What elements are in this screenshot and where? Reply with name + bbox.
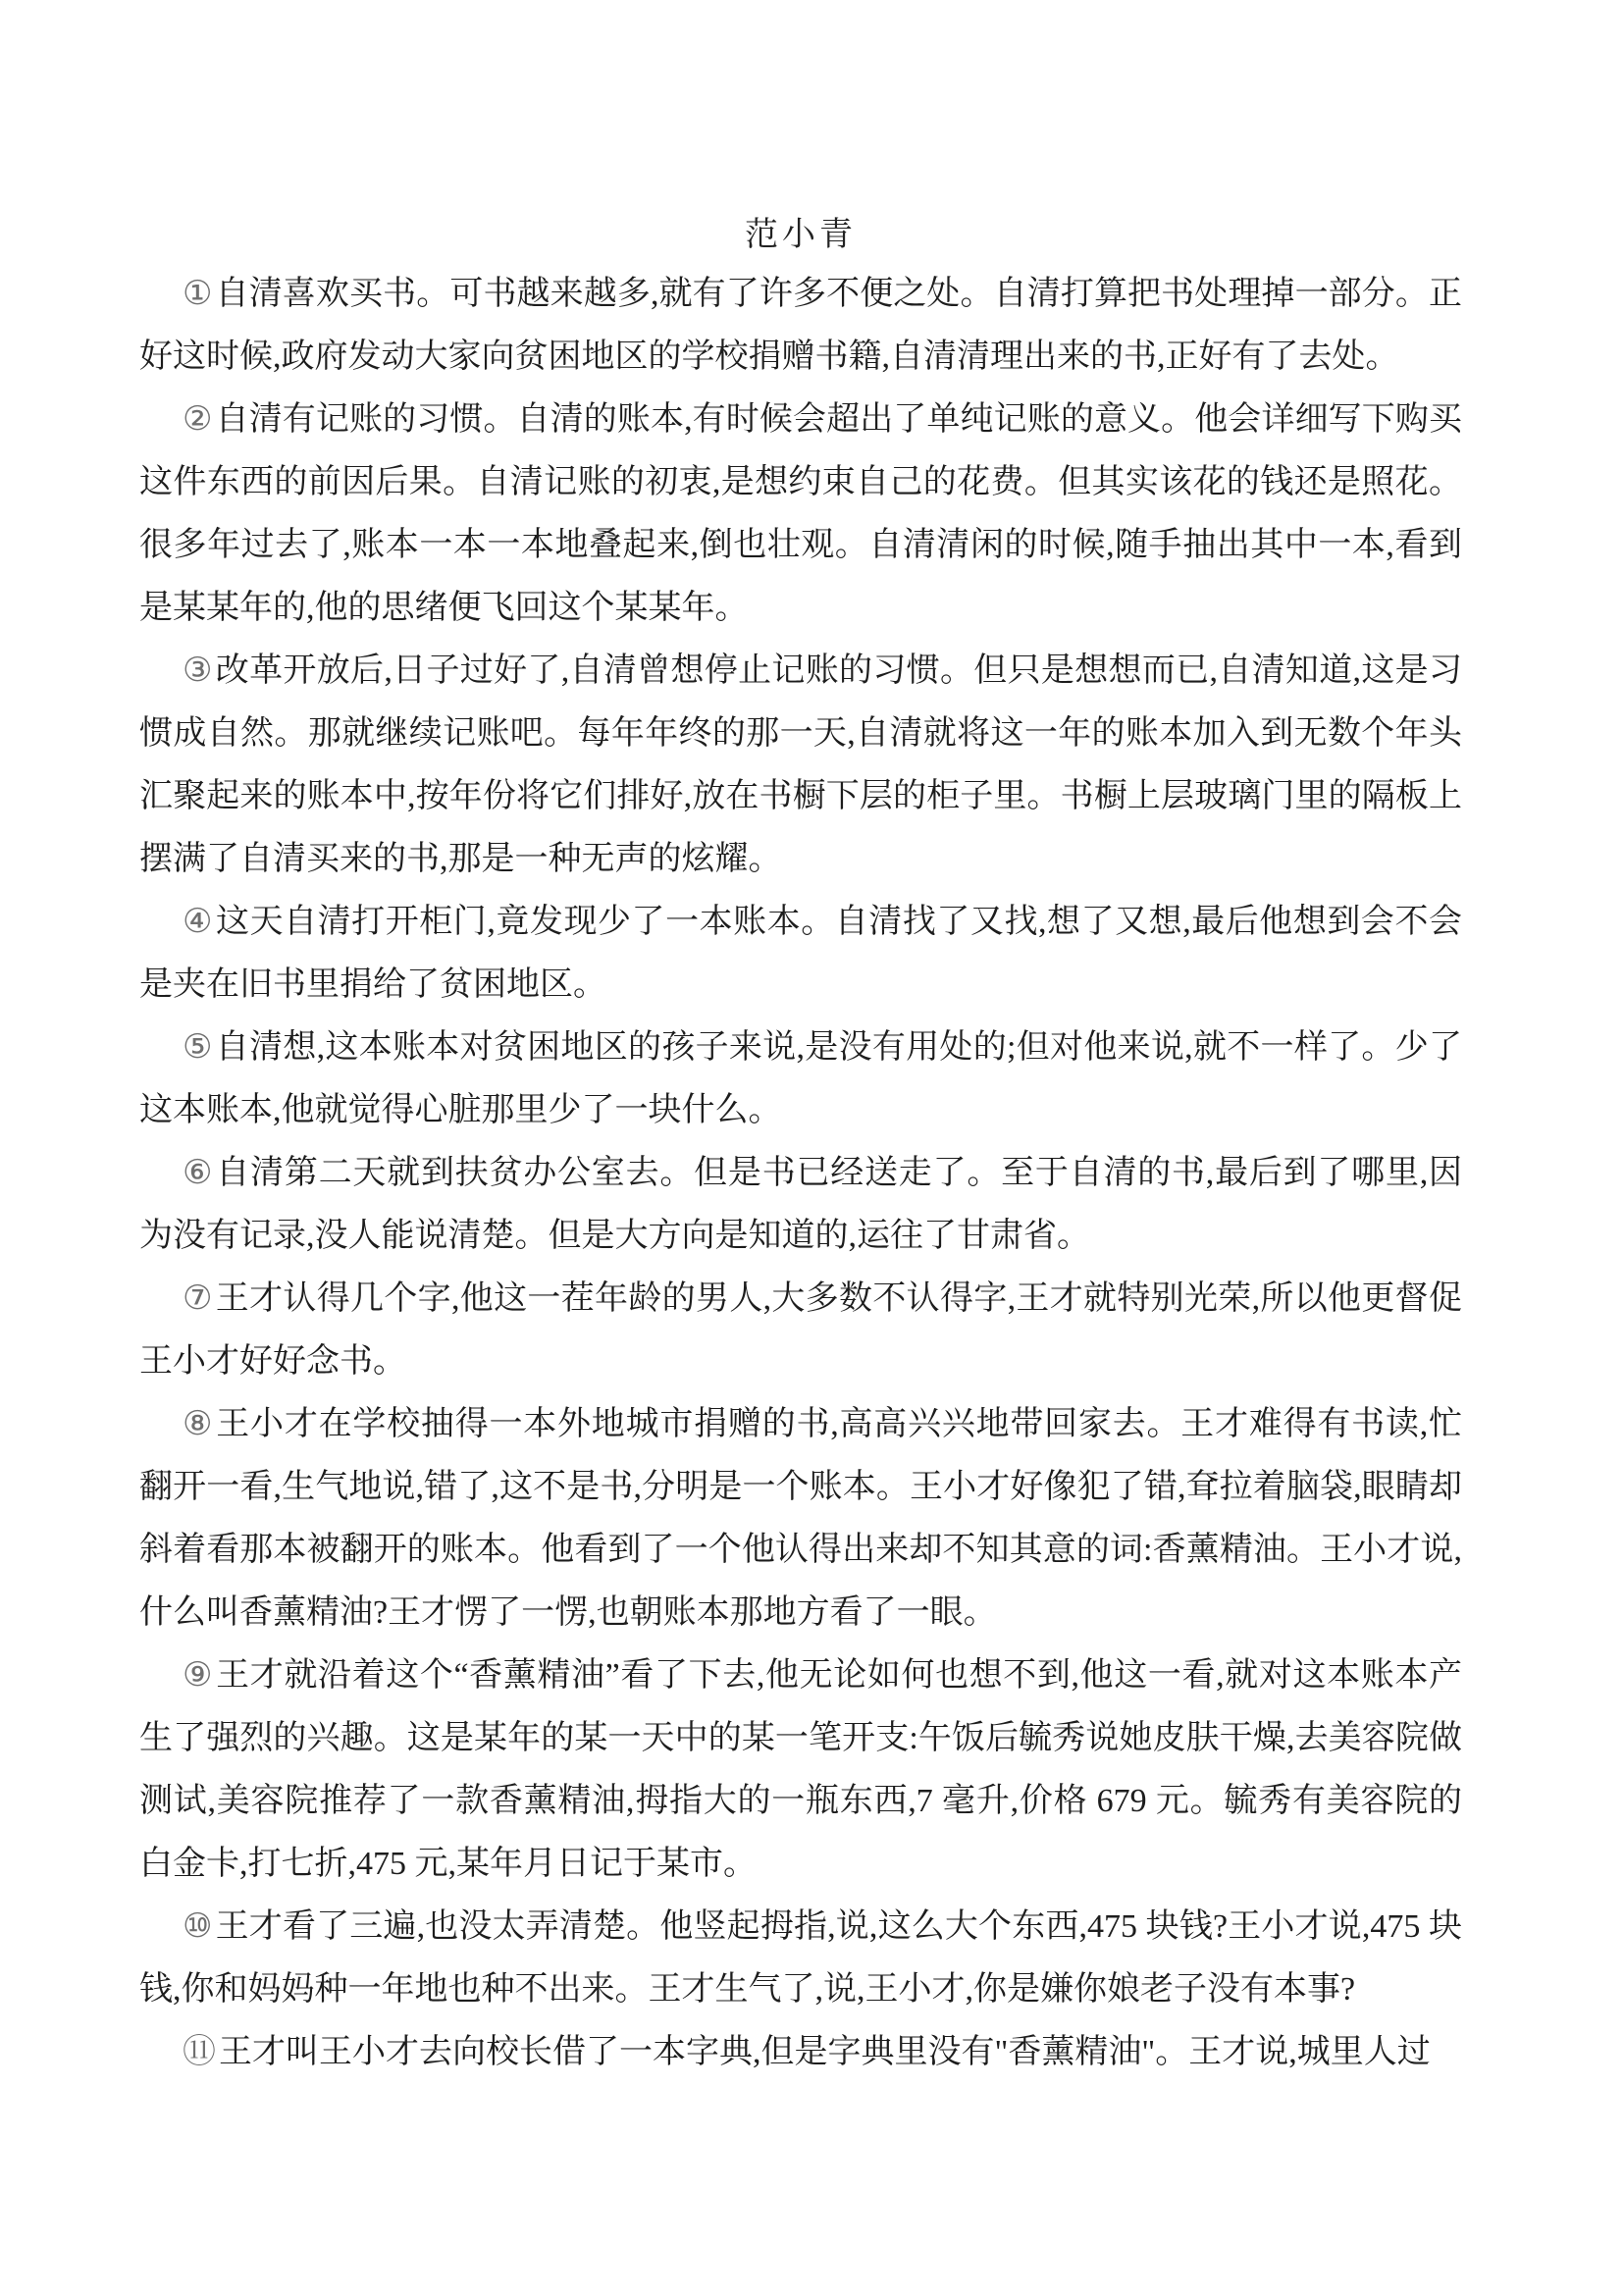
paragraph-number: ④: [183, 904, 213, 940]
paragraph-text: 自清有记账的习惯。自清的账本,有时候会超出了单纯记账的意义。他会详细写下购买这件…: [139, 401, 1462, 626]
paragraph-number: ①: [183, 276, 213, 312]
paragraph-number: ⑤: [183, 1029, 213, 1066]
paragraph-7: ⑦王才认得几个字,他这一茬年龄的男人,大多数不认得字,王才就特别光荣,所以他更督…: [139, 1268, 1462, 1393]
paragraph-number: ③: [183, 652, 213, 689]
paragraph-number: ⑦: [183, 1280, 213, 1317]
paragraph-text: 自清第二天就到扶贫办公室去。但是书已经送走了。至于自清的书,最后到了哪里,因为没…: [139, 1155, 1462, 1254]
paragraph-11: ⑪王才叫王小才去向校长借了一本字典,但是字典里没有"香薰精油"。王才说,城里人过: [139, 2021, 1462, 2084]
paragraph-text: 王才就沿着这个“香薰精油”看了下去,他无论如何也想不到,他这一看,就对这本账本产…: [139, 1657, 1462, 1882]
paragraph-number: ⑪: [183, 2034, 216, 2070]
paragraph-number: ⑥: [183, 1155, 213, 1191]
paragraph-text: 王小才在学校抽得一本外地城市捐赠的书,高高兴兴地带回家去。王才难得有书读,忙翻开…: [139, 1406, 1462, 1631]
paragraph-text: 改革开放后,日子过好了,自清曾想停止记账的习惯。但只是想想而已,自清知道,这是习…: [139, 652, 1462, 877]
paragraph-5: ⑤自清想,这本账本对贫困地区的孩子来说,是没有用处的;但对他来说,就不一样了。少…: [139, 1017, 1462, 1142]
paragraph-3: ③改革开放后,日子过好了,自清曾想停止记账的习惯。但只是想想而已,自清知道,这是…: [139, 640, 1462, 891]
scanned-document-page: 范小青 ①自清喜欢买书。可书越来越多,就有了许多不便之处。自清打算把书处理掉一部…: [0, 0, 1623, 2296]
author-title: 范小青: [139, 214, 1462, 257]
paragraph-8: ⑧王小才在学校抽得一本外地城市捐赠的书,高高兴兴地带回家去。王才难得有书读,忙翻…: [139, 1393, 1462, 1644]
paragraph-number: ②: [183, 401, 213, 438]
paragraph-text: 王才认得几个字,他这一茬年龄的男人,大多数不认得字,王才就特别光荣,所以他更督促…: [139, 1280, 1462, 1380]
paragraph-number: ⑩: [183, 1908, 213, 1945]
paragraph-text: 这天自清打开柜门,竟发现少了一本账本。自清找了又找,想了又想,最后他想到会不会是…: [139, 904, 1462, 1003]
paragraph-text: 自清想,这本账本对贫困地区的孩子来说,是没有用处的;但对他来说,就不一样了。少了…: [139, 1029, 1462, 1128]
paragraph-text: 王才叫王小才去向校长借了一本字典,但是字典里没有"香薰精油"。王才说,城里人过: [219, 2034, 1431, 2070]
paragraph-number: ⑧: [183, 1406, 213, 1442]
paragraph-4: ④这天自清打开柜门,竟发现少了一本账本。自清找了又找,想了又想,最后他想到会不会…: [139, 891, 1462, 1017]
paragraph-text: 自清喜欢买书。可书越来越多,就有了许多不便之处。自清打算把书处理掉一部分。正好这…: [139, 276, 1462, 375]
paragraph-1: ①自清喜欢买书。可书越来越多,就有了许多不便之处。自清打算把书处理掉一部分。正好…: [139, 263, 1462, 389]
paragraph-9: ⑨王才就沿着这个“香薰精油”看了下去,他无论如何也想不到,他这一看,就对这本账本…: [139, 1644, 1462, 1896]
paragraph-10: ⑩王才看了三遍,也没太弄清楚。他竖起拇指,说,这么大个东西,475 块钱?王小才…: [139, 1896, 1462, 2021]
paragraph-6: ⑥自清第二天就到扶贫办公室去。但是书已经送走了。至于自清的书,最后到了哪里,因为…: [139, 1142, 1462, 1268]
paragraph-text: 王才看了三遍,也没太弄清楚。他竖起拇指,说,这么大个东西,475 块钱?王小才说…: [139, 1908, 1462, 2008]
paragraph-2: ②自清有记账的习惯。自清的账本,有时候会超出了单纯记账的意义。他会详细写下购买这…: [139, 389, 1462, 640]
paragraph-number: ⑨: [183, 1657, 213, 1694]
passage-body: ①自清喜欢买书。可书越来越多,就有了许多不便之处。自清打算把书处理掉一部分。正好…: [139, 263, 1462, 2084]
